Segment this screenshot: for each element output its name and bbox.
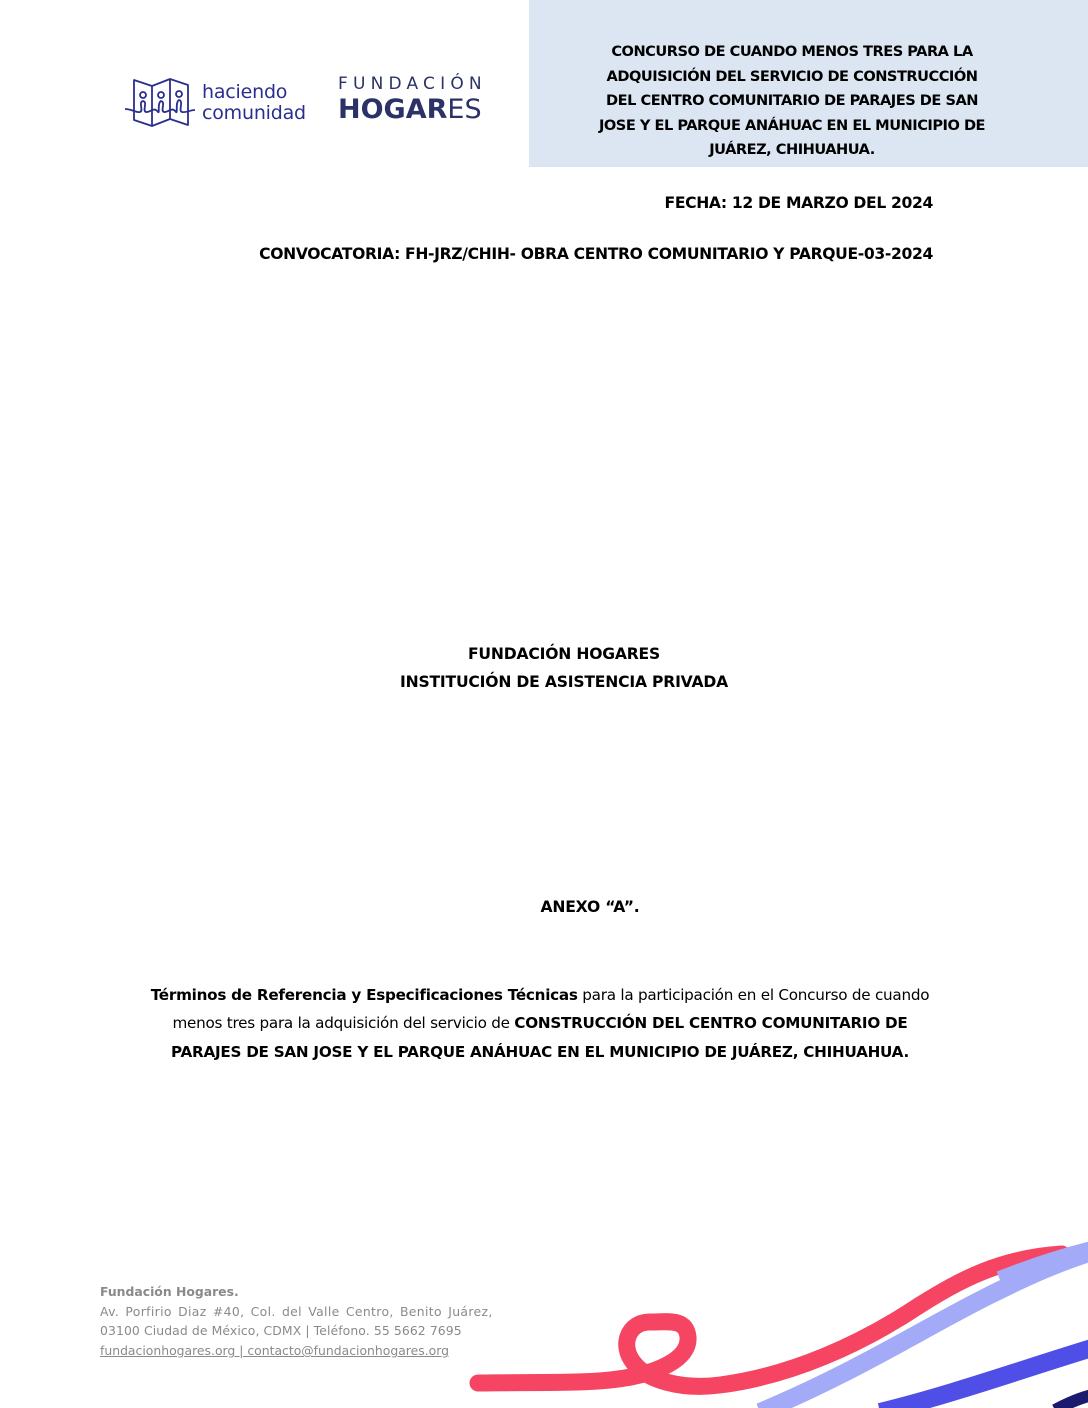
organization-type: INSTITUCIÓN DE ASISTENCIA PRIVADA bbox=[0, 673, 1088, 691]
intro-bold-terms: Términos de Referencia y Especificacione… bbox=[151, 986, 578, 1004]
fundacion-hogares-logo: FUNDACIÓN HOGARES bbox=[338, 74, 488, 130]
title-line: DEL CENTRO COMUNITARIO DE PARAJES DE SAN bbox=[560, 89, 1024, 114]
intro-paragraph: Términos de Referencia y Especificacione… bbox=[150, 981, 930, 1066]
title-line: CONCURSO DE CUANDO MENOS TRES PARA LA bbox=[560, 40, 1024, 65]
navy-ribbon bbox=[1055, 1395, 1088, 1408]
annex-heading: ANEXO “A”. bbox=[0, 898, 1088, 916]
footer-address-line2: 03100 Ciudad de México, CDMX | Teléfono.… bbox=[100, 1321, 500, 1341]
logo-hogares-text: HOGARES bbox=[338, 94, 488, 126]
logo-text-line2: comunidad bbox=[202, 103, 306, 124]
logo-hogar-bold: HOGAR bbox=[338, 94, 447, 125]
title-line: JUÁREZ, CHIHUAHUA. bbox=[560, 138, 1024, 163]
footer-org-name: Fundación Hogares. bbox=[100, 1282, 500, 1302]
organization-name: FUNDACIÓN HOGARES bbox=[0, 645, 1088, 663]
website-link[interactable]: fundacionhogares.org bbox=[100, 1343, 235, 1358]
title-line: ADQUISICIÓN DEL SERVICIO DE CONSTRUCCIÓN bbox=[560, 65, 1024, 90]
email-link[interactable]: contacto@fundacionhogares.org bbox=[247, 1343, 449, 1358]
pink-ribbon bbox=[478, 1254, 1062, 1386]
footer-links: fundacionhogares.org | contacto@fundacio… bbox=[100, 1341, 500, 1361]
lavender-ribbon bbox=[760, 1252, 1088, 1408]
footer-address-line1: Av. Porfirio Diaz #40, Col. del Valle Ce… bbox=[100, 1302, 500, 1322]
date-line: FECHA: 12 DE MARZO DEL 2024 bbox=[665, 194, 933, 212]
title-line: JOSE Y EL PARQUE ANÁHUAC EN EL MUNICIPIO… bbox=[560, 114, 1024, 139]
document-title: CONCURSO DE CUANDO MENOS TRES PARA LA AD… bbox=[560, 40, 1024, 163]
logo-fundacion-text: FUNDACIÓN bbox=[338, 74, 488, 94]
logo-es-light: ES bbox=[447, 94, 481, 125]
logo-text-line1: haciendo bbox=[202, 82, 306, 103]
folded-map-people-icon bbox=[124, 76, 196, 128]
link-separator: | bbox=[235, 1343, 247, 1358]
convocatoria-line: CONVOCATORIA: FH-JRZ/CHIH- OBRA CENTRO C… bbox=[259, 245, 933, 263]
blue-ribbon bbox=[880, 1348, 1088, 1408]
footer-contact: Fundación Hogares. Av. Porfirio Diaz #40… bbox=[100, 1282, 500, 1361]
haciendo-comunidad-logo: haciendo comunidad bbox=[124, 76, 314, 128]
